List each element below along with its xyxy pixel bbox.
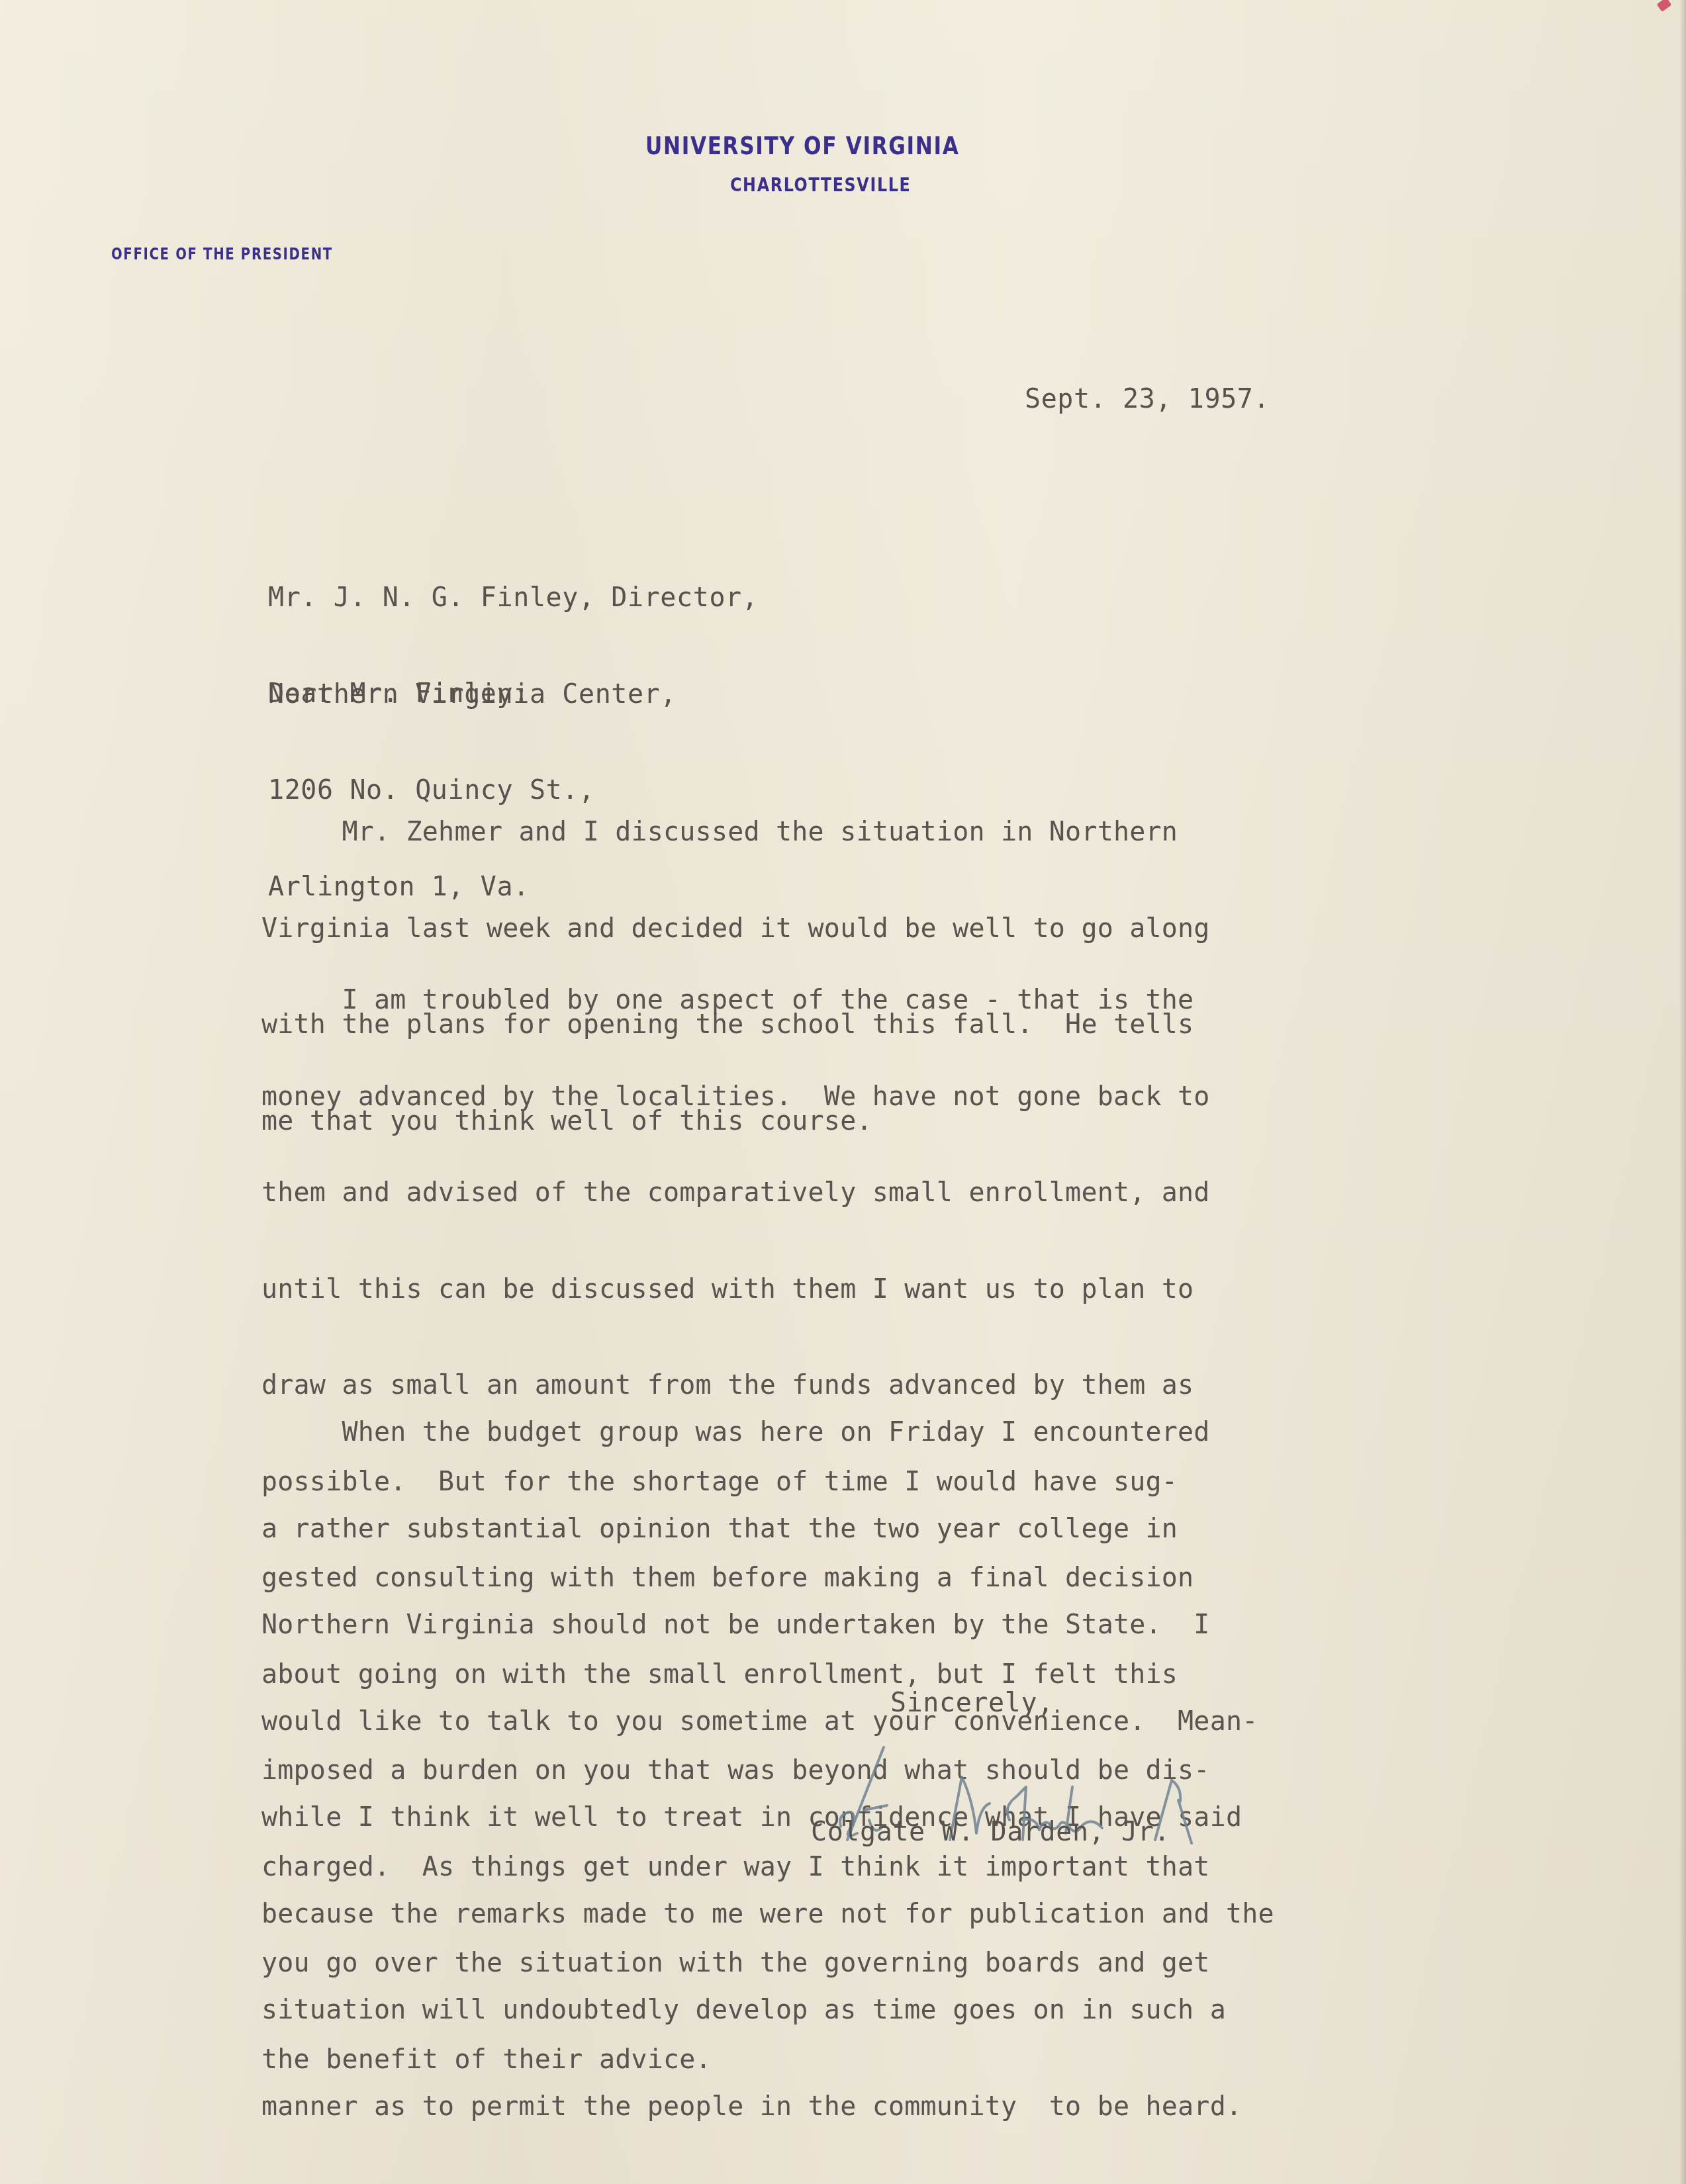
text-line: money advanced by the localities. We hav…: [261, 1081, 1210, 1113]
text-line: Northern Virginia should not be undertak…: [261, 1609, 1274, 1641]
text-line: Mr. Zehmer and I discussed the situation…: [261, 816, 1210, 848]
red-ink-mark: [1657, 0, 1672, 12]
address-line: Mr. J. N. G. Finley, Director,: [268, 582, 758, 614]
text-line: because the remarks made to me were not …: [261, 1898, 1274, 1931]
text-line: situation will undoubtedly develop as ti…: [261, 1994, 1274, 2026]
salutation: Dear Mr. Finley:: [268, 678, 530, 709]
closing: Sincerely,: [890, 1688, 1054, 1718]
signer-name: Colgate W. Darden, Jr.: [811, 1817, 1170, 1847]
letter-date: Sept. 23, 1957.: [1025, 384, 1270, 414]
text-line: a rather substantial opinion that the tw…: [261, 1513, 1274, 1545]
letterhead-office: OFFICE OF THE PRESIDENT: [111, 245, 333, 263]
text-line: I am troubled by one aspect of the case …: [261, 984, 1210, 1017]
text-line: When the budget group was here on Friday…: [261, 1416, 1274, 1449]
text-line: them and advised of the comparatively sm…: [261, 1177, 1210, 1209]
letterhead-institution: UNIVERSITY OF VIRGINIA: [645, 131, 959, 160]
text-line: manner as to permit the people in the co…: [261, 2091, 1274, 2123]
paper-edge: [1679, 0, 1686, 2184]
text-line: until this can be discussed with them I …: [261, 1273, 1210, 1306]
text-line: would like to talk to you sometime at yo…: [261, 1706, 1274, 1738]
letterhead-city: CHARLOTTESVILLE: [730, 173, 911, 196]
